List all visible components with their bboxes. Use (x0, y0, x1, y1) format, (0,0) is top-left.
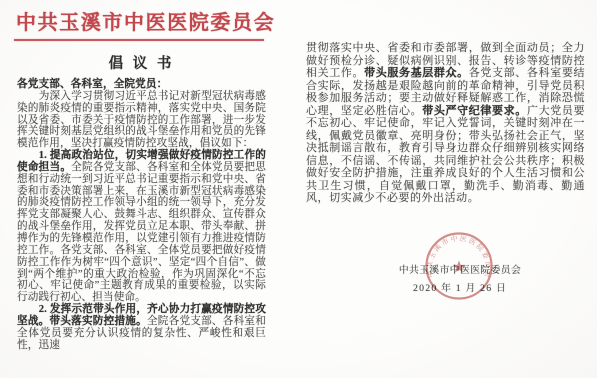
text-run: 广大党员要不忘初心、牢记使命，牢记入党誓词，关键时刻冲在一线，佩戴党员徽章、亮明… (306, 105, 585, 205)
left-text-column: 各党支部、各科室，全院党员：为深入学习贯彻习近平总书记对新型冠状病毒感染的肺炎疫… (17, 79, 266, 351)
text-run: 带头严守纪律要求。 (422, 105, 527, 117)
text-run: 各党支部、各科室，全院党员： (17, 79, 167, 90)
official-red-seal: 中共玉溪市中医医院委员会 ★ (417, 224, 501, 308)
paragraph: 1. 提高政治站位，切实增强做好疫情防控工作的使命担当。全院各党支部、各科室和全… (17, 150, 266, 304)
text-run: 为深入学习贯彻习近平总书记对新型冠状病毒感染的肺炎疫情的重要指示精神，落实党中央… (17, 91, 266, 149)
right-text-column: 贯彻落实中央、省委和市委部署，做到全面动员；全力做好预检分诊、疑似病例识别、报告… (306, 42, 585, 205)
document-title: 倡 议 书 (17, 52, 266, 73)
paragraph: 为深入学习贯彻习近平总书记对新型冠状病毒感染的肺炎疫情的重要指示精神，落实党中央… (17, 91, 266, 150)
seal-emblem-star-icon: ★ (451, 258, 466, 277)
paragraph: 各党支部、各科室，全院党员： (17, 79, 266, 91)
letterhead-divider (14, 39, 264, 41)
text-run: 全院各党支部、各科室和全体党员要把思想和行动统一到习近平总书记重要指示和党中央、… (17, 162, 266, 303)
letterhead-org-title: 中共玉溪市中医医院委员会 (16, 6, 275, 35)
text-run: 带头服务基层群众。 (364, 67, 469, 79)
document-page: 中共玉溪市中医医院委员会 倡 议 书 各党支部、各科室，全院党员：为深入学习贯彻… (0, 0, 597, 378)
paragraph: 贯彻落实中央、省委和市委部署，做到全面动员；全力做好预检分诊、疑似病例识别、报告… (306, 42, 585, 205)
paragraph: 2. 发挥示范带头作用，齐心协力打赢疫情防控攻坚战。带头落实防控措施。全院各党支… (17, 304, 266, 351)
